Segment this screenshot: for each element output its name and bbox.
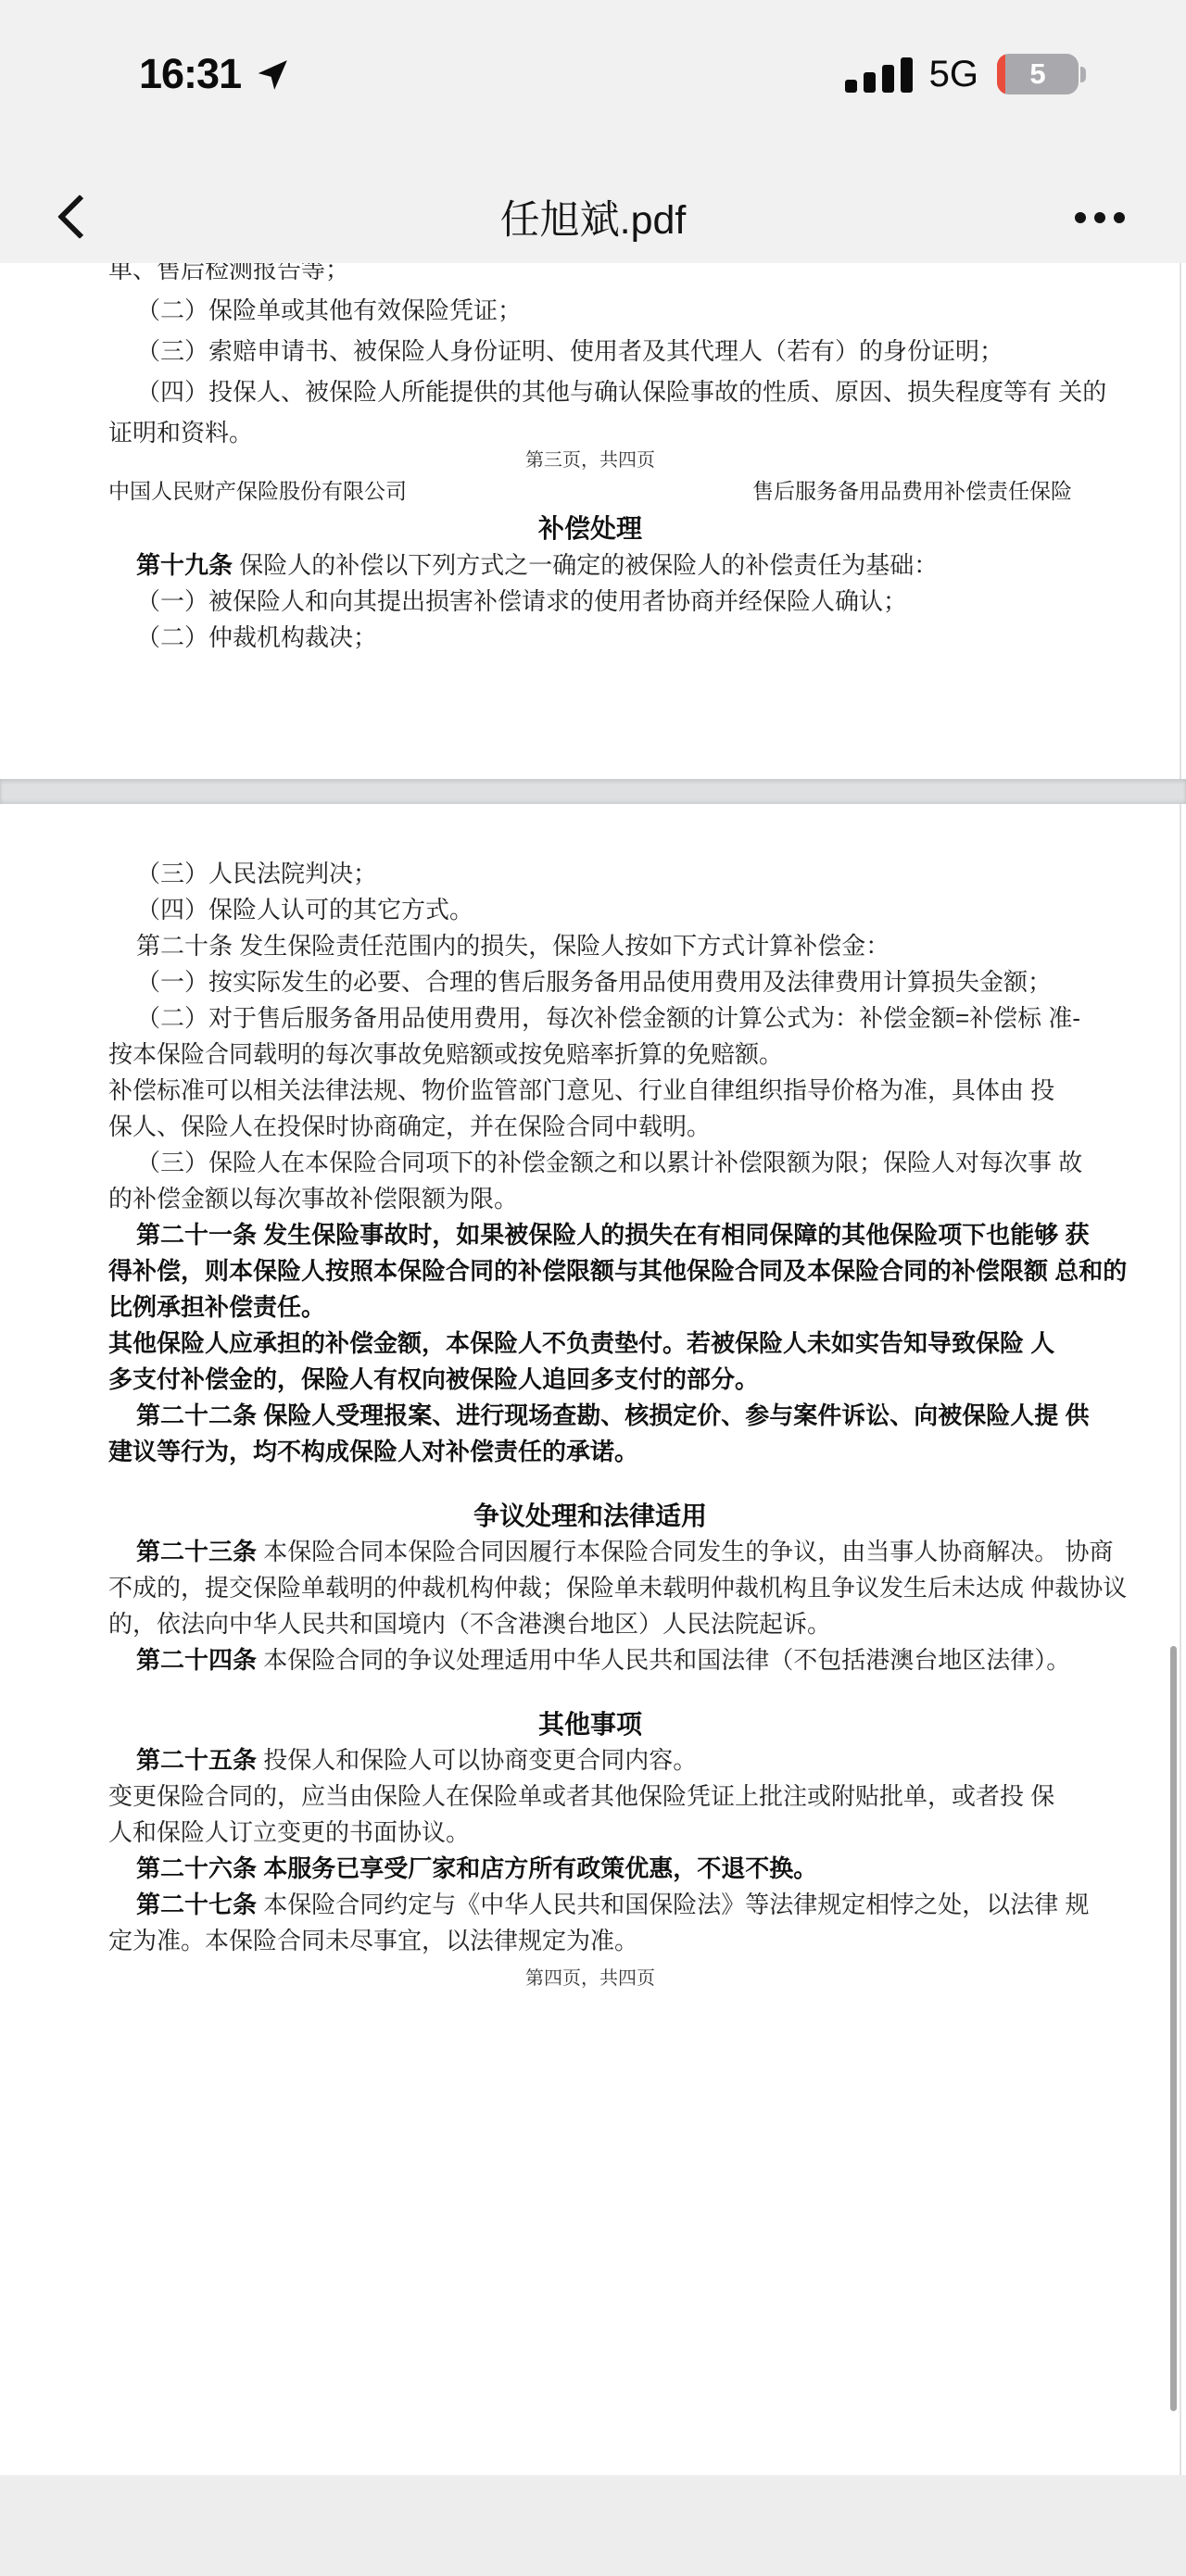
document-line: 补偿标准可以相关法律法规、物价监管部门意见、行业自律组织指导价格为准，具体由 投 xyxy=(108,1073,1072,1109)
bottom-home-area xyxy=(0,2475,1186,2576)
document-line: （一）被保险人和向其提出损害补偿请求的使用者协商并经保险人确认； xyxy=(108,584,1072,620)
top-chrome: 16:31 5G 5 任旭斌.pdf xyxy=(0,0,1186,263)
section-heading: 争议处理和法律适用 xyxy=(108,1498,1072,1534)
document-line: 按本保险合同载明的每次事故免赔额或按免赔率折算的免赔额。 xyxy=(108,1037,1072,1073)
document-line: 比例承担补偿责任。 xyxy=(108,1289,1072,1326)
document-line: 其他保险人应承担的补偿金额，本保险人不负责垫付。若被保险人未如实告知导致保险 人 xyxy=(108,1326,1072,1362)
document-line: 定为准。本保险合同未尽事宜，以法律规定为准。 xyxy=(108,1923,1072,1959)
section-heading: 补偿处理 xyxy=(108,509,1072,547)
pdf-viewer-screen: 16:31 5G 5 任旭斌.pdf xyxy=(0,0,1186,2576)
chevron-left-icon xyxy=(57,195,102,239)
document-line: （一）按实际发生的必要、合理的售后服务备用品使用费用及法律费用计算损失金额； xyxy=(108,964,1072,1000)
scrollbar-thumb[interactable] xyxy=(1170,1646,1177,2411)
pdf-page-3: 单、售后检测报告等；（二）保险单或其他有效保险凭证；（三）索赔申请书、被保险人身… xyxy=(0,263,1186,779)
location-arrow-icon xyxy=(254,57,291,94)
battery-percent-label: 5 xyxy=(997,54,1079,94)
more-options-button[interactable] xyxy=(1067,192,1132,244)
document-line: （三）索赔申请书、被保险人身份证明、使用者及其代理人（若有）的身份证明； xyxy=(108,331,1072,371)
document-line: （三）人民法院判决； xyxy=(108,856,1072,892)
document-line: 建议等行为，均不构成保险人对补偿责任的承诺。 xyxy=(108,1434,1072,1470)
status-time: 16:31 xyxy=(139,50,241,98)
document-running-header: 中国人民财产保险股份有限公司 售后服务备用品费用补偿责任保险 xyxy=(108,473,1072,509)
page4-text: （三）人民法院判决；（四）保险人认可的其它方式。第二十条 发生保险责任范围内的损… xyxy=(108,856,1072,1959)
doc-header-product: 售后服务备用品费用补偿责任保险 xyxy=(752,473,1072,509)
network-type-label: 5G xyxy=(929,54,978,95)
cellular-signal-icon xyxy=(845,56,913,93)
document-line: 人和保险人订立变更的书面协议。 xyxy=(108,1815,1072,1851)
document-line: 第十九条 保险人的补偿以下列方式之一确定的被保险人的补偿责任为基础： xyxy=(108,547,1072,584)
document-line: （二）对于售后服务备用品使用费用，每次补偿金额的计算公式为：补偿金额=补偿标 准… xyxy=(108,1000,1072,1037)
document-line: 第二十二条 保险人受理报案、进行现场查勘、核损定价、参与案件诉讼、向被保险人提 … xyxy=(108,1398,1072,1434)
document-line: （四）投保人、被保险人所能提供的其他与确认保险事故的性质、原因、损失程度等有 关… xyxy=(108,371,1072,412)
status-right-cluster: 5G 5 xyxy=(845,54,1086,95)
document-line: 第二十六条 本服务已享受厂家和店方所有政策优惠，不退不换。 xyxy=(108,1851,1072,1887)
document-line: 的补偿金额以每次事故补偿限额为限。 xyxy=(108,1181,1072,1217)
pdf-page-4: （三）人民法院判决；（四）保险人认可的其它方式。第二十条 发生保险责任范围内的损… xyxy=(0,804,1186,2475)
ellipsis-icon xyxy=(1075,212,1086,223)
status-bar: 16:31 5G 5 xyxy=(0,37,1186,111)
document-line: 第二十三条 本保险合同本保险合同因履行本保险合同发生的争议，由当事人协商解决。 … xyxy=(108,1534,1072,1570)
document-line: 第二十一条 发生保险事故时，如果被保险人的损失在有相同保障的其他保险项下也能够 … xyxy=(108,1217,1072,1253)
document-line: （三）保险人在本保险合同项下的补偿金额之和以累计补偿限额为限；保险人对每次事 故 xyxy=(108,1145,1072,1181)
document-line: 变更保险合同的，应当由保险人在保险单或者其他保险凭证上批注或附贴批单，或者投 保 xyxy=(108,1778,1072,1815)
document-line: （二）保险单或其他有效保险凭证； xyxy=(108,290,1072,331)
page-gap xyxy=(0,779,1186,804)
document-line: 多支付补偿金的，保险人有权向被保险人追回多支付的部分。 xyxy=(108,1362,1072,1398)
document-line: 保人、保险人在投保时协商确定，并在保险合同中载明。 xyxy=(108,1109,1072,1145)
document-line: （二）仲裁机构裁决； xyxy=(108,620,1072,656)
document-line: 第二十七条 本保险合同约定与《中华人民共和国保险法》等法律规定相悖之处，以法律 … xyxy=(108,1887,1072,1923)
document-line: 单、售后检测报告等； xyxy=(108,263,1072,290)
battery-icon: 5 xyxy=(997,54,1086,94)
document-line: 第二十条 发生保险责任范围内的损失，保险人按如下方式计算补偿金： xyxy=(108,928,1072,964)
page3-text-top: 单、售后检测报告等；（二）保险单或其他有效保险凭证；（三）索赔申请书、被保险人身… xyxy=(108,263,1072,453)
back-button[interactable] xyxy=(37,175,111,258)
battery-body: 5 xyxy=(997,54,1079,94)
section-heading: 其他事项 xyxy=(108,1706,1072,1742)
document-line: 第二十四条 本保险合同的争议处理适用中华人民共和国法律（不包括港澳台地区法律）。 xyxy=(108,1642,1072,1678)
page3-text-bottom: 补偿处理第十九条 保险人的补偿以下列方式之一确定的被保险人的补偿责任为基础：（一… xyxy=(108,509,1072,656)
document-line: 第二十五条 投保人和保险人可以协商变更合同内容。 xyxy=(108,1742,1072,1778)
document-line: 不成的，提交保险单载明的仲裁机构仲裁；保险单未载明仲裁机构且争议发生后未达成 仲… xyxy=(108,1570,1072,1606)
document-line: 的，依法向中华人民共和国境内（不含港澳台地区）人民法院起诉。 xyxy=(108,1606,1072,1642)
page4-footer: 第四页，共四页 xyxy=(108,1964,1072,1994)
battery-cap xyxy=(1080,67,1086,82)
nav-bar: 任旭斌.pdf xyxy=(0,171,1186,263)
status-left-cluster: 16:31 xyxy=(139,50,291,98)
document-line: （四）保险人认可的其它方式。 xyxy=(108,892,1072,928)
pdf-scroll-area[interactable]: 单、售后检测报告等；（二）保险单或其他有效保险凭证；（三）索赔申请书、被保险人身… xyxy=(0,263,1186,2475)
doc-header-company: 中国人民财产保险股份有限公司 xyxy=(108,473,407,509)
document-title: 任旭斌.pdf xyxy=(500,189,687,245)
document-line: 得补偿，则本保险人按照本保险合同的补偿限额与其他保险合同及本保险合同的补偿限额 … xyxy=(108,1253,1072,1289)
